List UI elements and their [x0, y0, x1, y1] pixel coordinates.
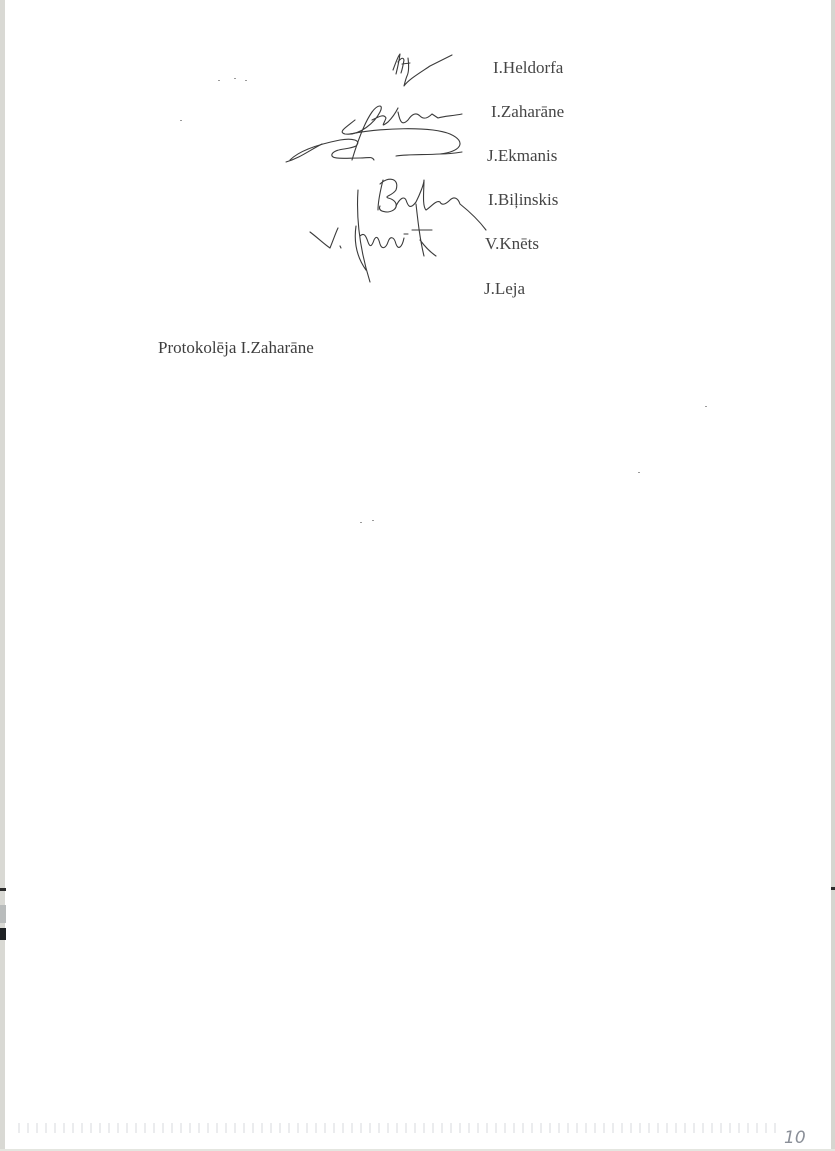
scan-footer-noise: [18, 1123, 778, 1133]
signature-bilinskis: [378, 179, 486, 230]
scan-speck: [245, 80, 247, 81]
scan-speck: [360, 522, 362, 523]
recorder-line: Protokolēja I.Zaharāne: [158, 338, 314, 358]
signatures-ink: [0, 0, 835, 1151]
scan-speck: [180, 120, 182, 121]
scan-artifact: [831, 887, 835, 890]
scan-artifact: [0, 928, 6, 940]
signatory-name: J.Leja: [484, 279, 525, 299]
scan-edge-left: [0, 0, 5, 1151]
signature-knets: [310, 190, 436, 282]
signatory-name: V.Knēts: [485, 234, 539, 254]
page-number: 10: [784, 1128, 806, 1148]
signature-ekmanis: [286, 139, 462, 162]
signatory-name: I.Heldorfa: [493, 58, 563, 78]
scanned-page: I.Heldorfa I.Zaharāne J.Ekmanis I.Biļins…: [0, 0, 835, 1151]
signatory-name: I.Zaharāne: [491, 102, 564, 122]
scan-edge-right: [831, 0, 835, 1151]
signature-heldorfa: [393, 54, 452, 86]
signatory-name: J.Ekmanis: [487, 146, 557, 166]
scan-speck: [234, 78, 236, 79]
scan-artifact: [0, 905, 6, 923]
scan-speck: [705, 406, 707, 407]
scan-speck: [638, 472, 640, 473]
scan-speck: [218, 80, 220, 81]
scan-speck: [372, 520, 374, 521]
signature-zaharane: [342, 106, 462, 160]
signatory-name: I.Biļinskis: [488, 190, 558, 210]
scan-artifact: [0, 888, 6, 891]
